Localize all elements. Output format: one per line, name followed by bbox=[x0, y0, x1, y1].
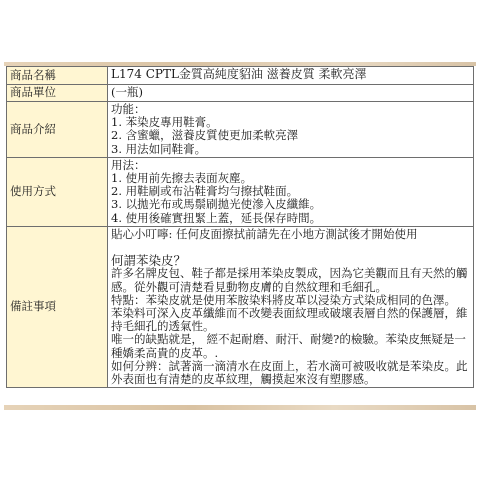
notes-paragraph: 苯染料可深入皮革纖維而不改變表面紋理或破壞表層自然的保護層，維持毛細孔的透氣性。 bbox=[111, 307, 470, 333]
product-name-text: L174 CPTL金質高純度貂油 滋養皮質 柔軟亮澤 bbox=[111, 68, 470, 81]
row-product-intro: 商品介紹 功能： 1. 苯染皮專用鞋膏。 2. 含蜜蠟，滋養皮質使更加柔軟亮澤 … bbox=[7, 102, 474, 158]
intro-item: 3. 用法如同鞋膏。 bbox=[111, 143, 470, 156]
row-usage: 使用方式 用法： 1. 使用前先擦去表面灰塵。 2. 用鞋刷或布沾鞋膏均勻擦拭鞋… bbox=[7, 157, 474, 226]
value-product-intro: 功能： 1. 苯染皮專用鞋膏。 2. 含蜜蠟，滋養皮質使更加柔軟亮澤 3. 用法… bbox=[108, 102, 474, 158]
value-product-name: L174 CPTL金質高純度貂油 滋養皮質 柔軟亮澤 bbox=[108, 67, 474, 85]
label-notes: 備註事項 bbox=[7, 226, 108, 387]
label-usage: 使用方式 bbox=[7, 157, 108, 226]
row-notes: 備註事項 貼心小叮嚀: 任何皮面擦拭前請先在小地方測試後才開始使用 何謂苯染皮？… bbox=[7, 226, 474, 387]
product-info-table: 商品名稱 L174 CPTL金質高純度貂油 滋養皮質 柔軟亮澤 商品單位 (一瓶… bbox=[6, 66, 474, 388]
usage-item: 3. 以拋光布或馬鬃刷拋光使滲入皮纖維。 bbox=[111, 198, 470, 211]
row-product-name: 商品名稱 L174 CPTL金質高純度貂油 滋養皮質 柔軟亮澤 bbox=[7, 67, 474, 85]
notes-paragraph: 唯一的缺點就是， 經不起耐磨、耐汗、耐變?的檢驗。苯染皮無疑是一種嬌柔高貴的皮革… bbox=[111, 333, 470, 359]
value-usage: 用法： 1. 使用前先擦去表面灰塵。 2. 用鞋刷或布沾鞋膏均勻擦拭鞋面。 3.… bbox=[108, 157, 474, 226]
row-product-unit: 商品單位 (一瓶) bbox=[7, 85, 474, 102]
notes-paragraph: 如何分辨：試著滴一滴清水在皮面上，若水滴可被吸收就是苯染皮。此外表面也有清楚的皮… bbox=[111, 360, 470, 386]
label-product-name: 商品名稱 bbox=[7, 67, 108, 85]
notes-tip: 貼心小叮嚀: 任何皮面擦拭前請先在小地方測試後才開始使用 bbox=[111, 228, 470, 241]
intro-item: 2. 含蜜蠟，滋養皮質使更加柔軟亮澤 bbox=[111, 129, 470, 142]
value-notes: 貼心小叮嚀: 任何皮面擦拭前請先在小地方測試後才開始使用 何謂苯染皮？ 許多名牌… bbox=[108, 226, 474, 387]
value-product-unit: (一瓶) bbox=[108, 85, 474, 102]
label-product-unit: 商品單位 bbox=[7, 85, 108, 102]
usage-item: 4. 使用後確實扭緊上蓋，延長保存時間。 bbox=[111, 212, 470, 225]
product-unit-text: (一瓶) bbox=[111, 86, 470, 99]
bottom-frame-band bbox=[4, 405, 476, 410]
product-info-sheet: 商品名稱 L174 CPTL金質高純度貂油 滋養皮質 柔軟亮澤 商品單位 (一瓶… bbox=[6, 66, 474, 388]
notes-paragraph: 許多名牌皮包、鞋子都是採用苯染皮製成，因為它美觀而且有天然的觸感。從外觀可清楚看… bbox=[111, 267, 470, 293]
label-product-intro: 商品介紹 bbox=[7, 102, 108, 158]
